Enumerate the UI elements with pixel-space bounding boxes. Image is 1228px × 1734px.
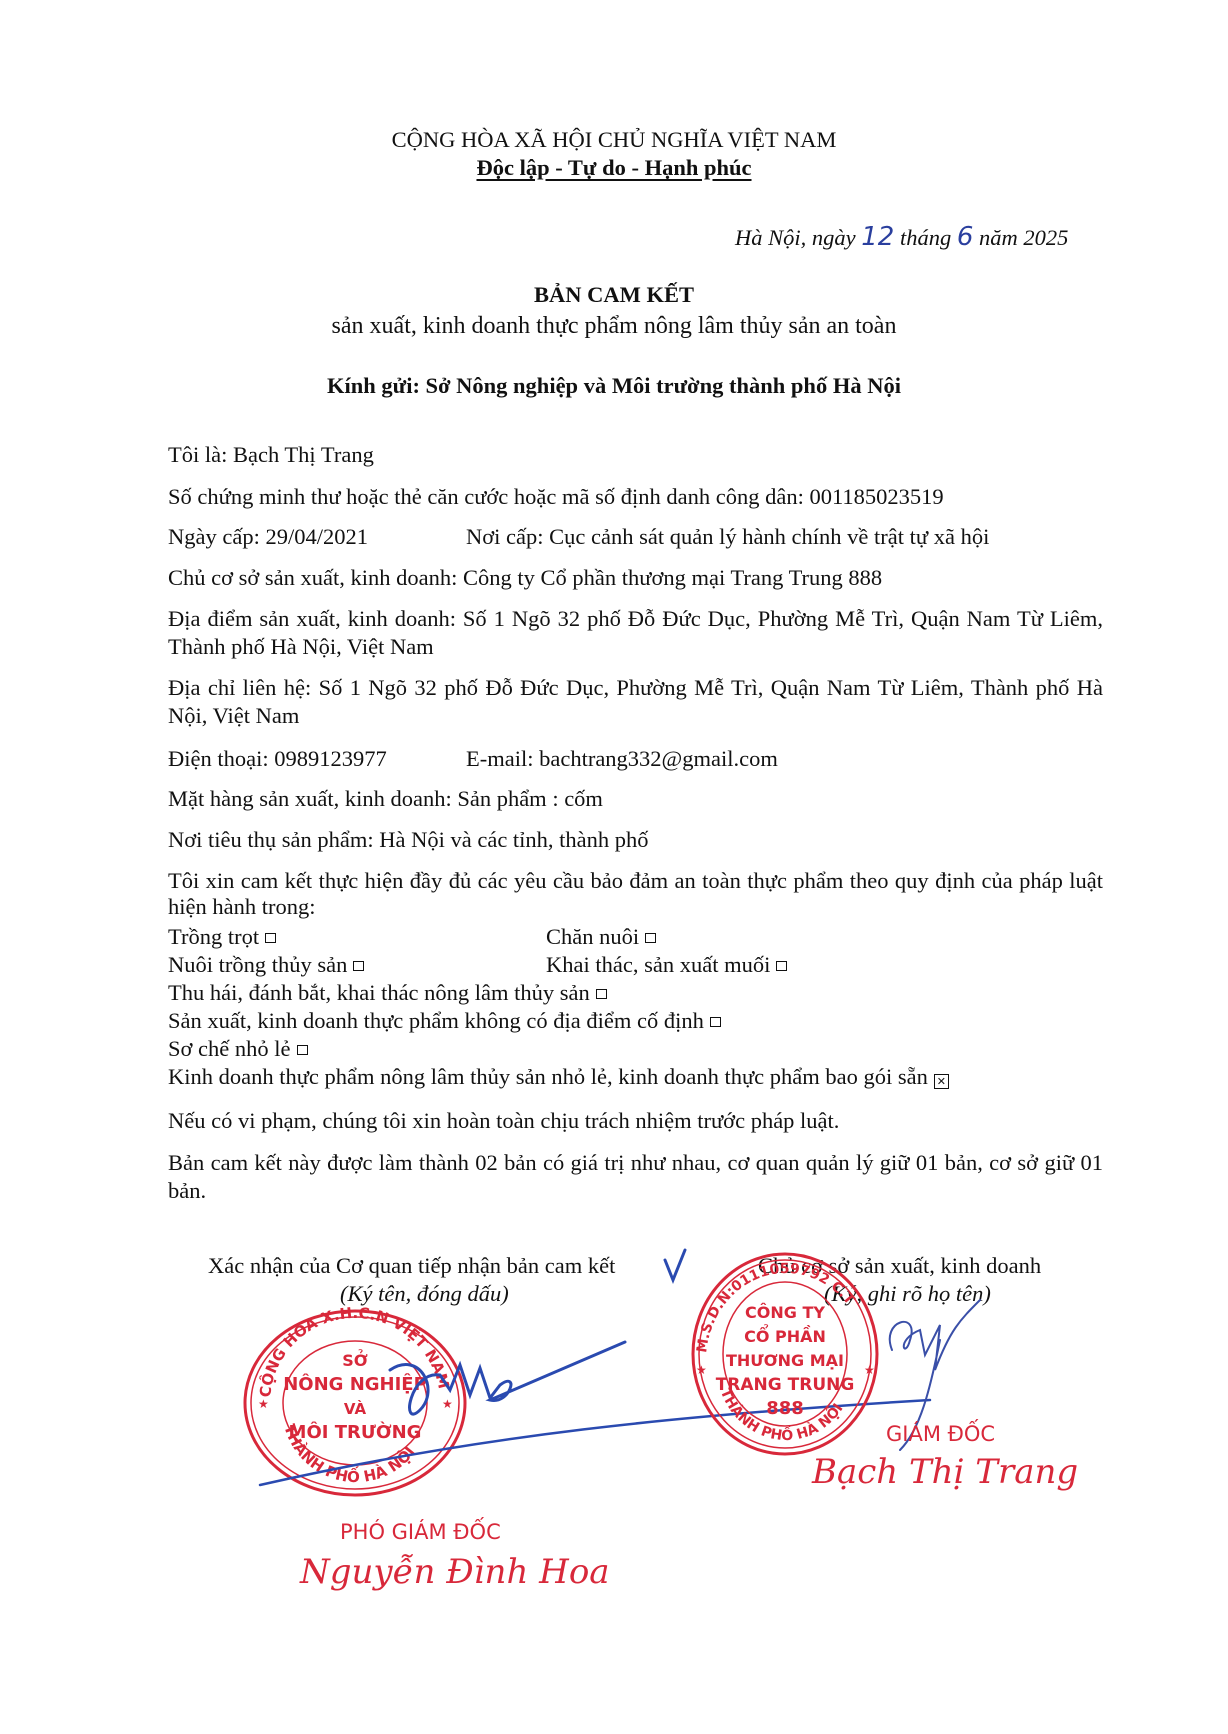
option-label: Khai thác, sản xuất muối — [546, 952, 770, 977]
left-signature-note: (Ký tên, đóng dấu) — [340, 1280, 509, 1308]
checkbox-unchecked-icon[interactable] — [776, 961, 787, 971]
field-issue-place: Nơi cấp: Cục cảnh sát quản lý hành chính… — [466, 523, 989, 551]
option-chan-nuoi[interactable]: Chăn nuôi — [546, 923, 656, 951]
country-name: CỘNG HÒA XÃ HỘI CHỦ NGHĨA VIỆT NAM — [0, 126, 1228, 154]
right-signer-name: Bạch Thị Trang — [812, 1452, 1078, 1492]
svg-text:★: ★ — [696, 1363, 707, 1377]
motto-text: Độc lập - Tự do - Hạnh phúc — [476, 155, 751, 180]
field-email: E-mail: bachtrang332@gmail.com — [466, 745, 778, 773]
svg-text:★: ★ — [258, 1397, 269, 1411]
option-nuoi-trong-thuy-san[interactable]: Nuôi trồng thủy sản — [168, 951, 364, 979]
option-khai-thac-muoi[interactable]: Khai thác, sản xuất muối — [546, 951, 787, 979]
checkbox-unchecked-icon[interactable] — [596, 989, 607, 999]
option-label: Trồng trọt — [168, 924, 259, 949]
option-label: Sơ chế nhỏ lẻ — [168, 1036, 291, 1061]
svg-text:CỔ PHẦN: CỔ PHẦN — [744, 1324, 826, 1346]
field-name: Tôi là: Bạch Thị Trang — [168, 441, 374, 469]
liability-statement: Nếu có vi phạm, chúng tôi xin hoàn toàn … — [168, 1107, 839, 1135]
company-stamp: M.S.D.N:0111059792 C.T THÀNH PHỐ HÀ NỘI … — [690, 1246, 880, 1456]
field-market: Nơi tiêu thụ sản phẩm: Hà Nội và các tỉn… — [168, 826, 649, 854]
option-label: Chăn nuôi — [546, 924, 639, 949]
option-label: Thu hái, đánh bắt, khai thác nông lâm th… — [168, 980, 590, 1005]
svg-text:TRANG TRUNG: TRANG TRUNG — [716, 1375, 855, 1395]
option-label: Sản xuất, kinh doanh thực phẩm không có … — [168, 1008, 704, 1033]
recipient-line: Kính gửi: Sở Nông nghiệp và Môi trường t… — [0, 372, 1228, 400]
left-signature-heading: Xác nhận của Cơ quan tiếp nhận bản cam k… — [208, 1252, 615, 1280]
checkbox-unchecked-icon[interactable] — [353, 961, 364, 971]
left-signer-name: Nguyễn Đình Hoa — [300, 1552, 610, 1592]
place-date-prefix: Hà Nội, ngày — [735, 225, 856, 250]
handwritten-day: 12 — [861, 222, 894, 252]
field-location: Địa điểm sản xuất, kinh doanh: Số 1 Ngõ … — [168, 605, 1103, 661]
svg-text:CÔNG TY: CÔNG TY — [745, 1303, 825, 1322]
svg-text:THƯƠNG MẠI: THƯƠNG MẠI — [726, 1351, 844, 1370]
right-signer-title: GIÁM ĐỐC — [886, 1422, 995, 1446]
copies-statement: Bản cam kết này được làm thành 02 bản có… — [168, 1149, 1103, 1205]
document-subtitle: sản xuất, kinh doanh thực phẩm nông lâm … — [0, 311, 1228, 341]
svg-text:VÀ: VÀ — [344, 1399, 367, 1418]
svg-text:★: ★ — [864, 1363, 875, 1377]
commitment-intro: Tôi xin cam kết thực hiện đầy đủ các yêu… — [168, 868, 1103, 920]
field-contact-address: Địa chỉ liên hệ: Số 1 Ngõ 32 phố Đỗ Đức … — [168, 674, 1103, 730]
option-kinh-doanh-nho-le[interactable]: Kinh doanh thực phẩm nông lâm thủy sản n… — [168, 1063, 949, 1091]
field-phone: Điện thoại: 0989123977 — [168, 745, 387, 773]
document-title: BẢN CAM KẾT — [0, 281, 1228, 309]
handwritten-month: 6 — [957, 222, 974, 252]
option-label: Kinh doanh thực phẩm nông lâm thủy sản n… — [168, 1064, 928, 1089]
svg-text:888: 888 — [766, 1398, 804, 1419]
checkbox-checked-icon[interactable]: ✕ — [934, 1074, 949, 1089]
checkbox-unchecked-icon[interactable] — [710, 1017, 721, 1027]
field-issue-date: Ngày cấp: 29/04/2021 — [168, 523, 368, 551]
place-date: Hà Nội, ngày 12 tháng 6 năm 2025 — [735, 223, 1068, 252]
option-khong-dia-diem[interactable]: Sản xuất, kinh doanh thực phẩm không có … — [168, 1007, 721, 1035]
national-motto: Độc lập - Tự do - Hạnh phúc — [0, 154, 1228, 182]
month-label: tháng — [900, 225, 951, 250]
checkbox-unchecked-icon[interactable] — [297, 1045, 308, 1055]
field-id-number: Số chứng minh thư hoặc thẻ căn cước hoặc… — [168, 483, 944, 511]
year-label: năm 2025 — [979, 225, 1068, 250]
checkbox-unchecked-icon[interactable] — [265, 933, 276, 943]
field-products: Mặt hàng sản xuất, kinh doanh: Sản phẩm … — [168, 785, 603, 813]
option-label: Nuôi trồng thủy sản — [168, 952, 347, 977]
checkbox-unchecked-icon[interactable] — [645, 933, 656, 943]
option-so-che[interactable]: Sơ chế nhỏ lẻ — [168, 1035, 308, 1063]
left-signer-title: PHÓ GIÁM ĐỐC — [340, 1520, 501, 1544]
option-thu-hai[interactable]: Thu hái, đánh bắt, khai thác nông lâm th… — [168, 979, 607, 1007]
field-owner: Chủ cơ sở sản xuất, kinh doanh: Công ty … — [168, 564, 882, 592]
option-trong-trot[interactable]: Trồng trọt — [168, 923, 276, 951]
svg-text:SỞ: SỞ — [342, 1349, 368, 1370]
